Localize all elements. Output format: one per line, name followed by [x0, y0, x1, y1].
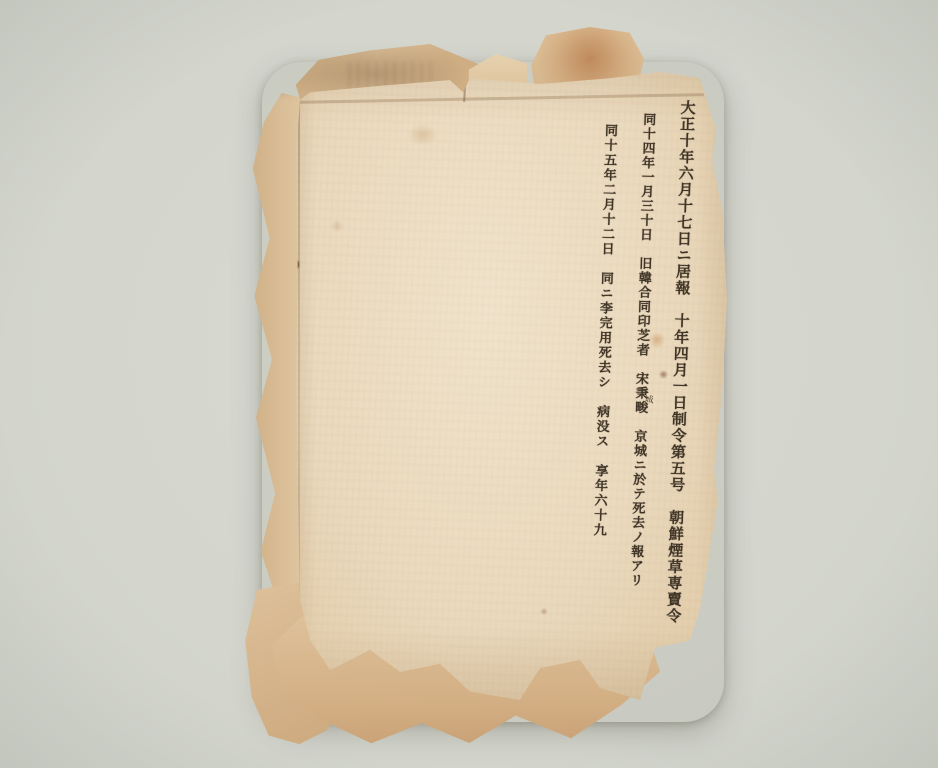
photo-vignette	[0, 0, 938, 768]
photo-of-manuscript: 大正十年六月十七日ニ居報 十年四月一日制令第五号 朝鮮煙草専賣令 同十四年一月三…	[0, 0, 938, 768]
